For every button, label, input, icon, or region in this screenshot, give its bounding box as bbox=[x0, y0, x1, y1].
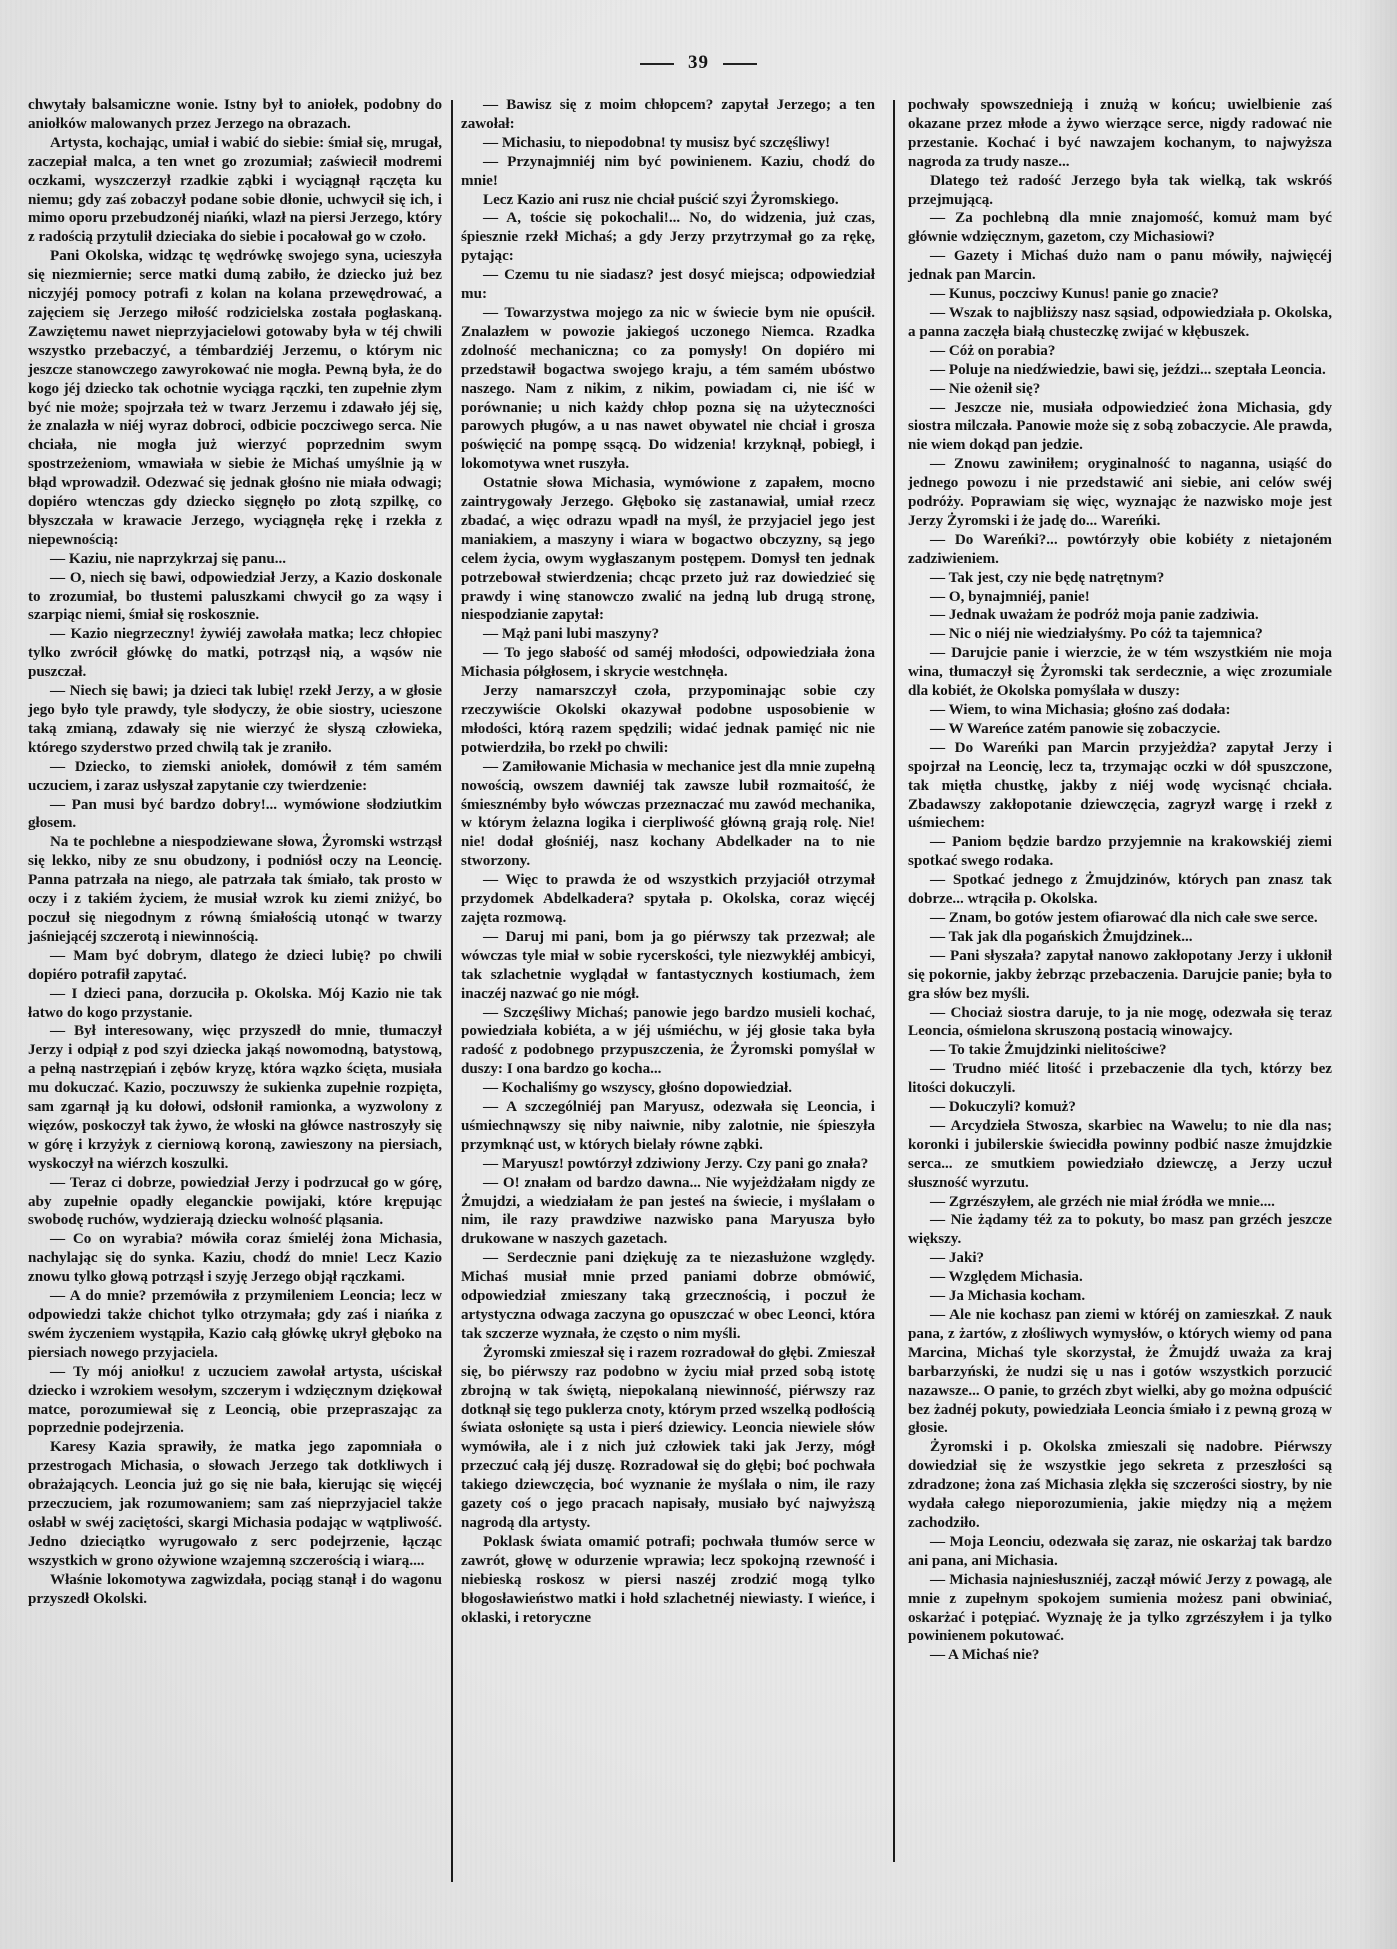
paragraph: — Znowu zawiniłem; oryginalność to nagan… bbox=[908, 455, 1332, 531]
paragraph: — Chociaż siostra daruje, to ja nie mogę… bbox=[908, 1004, 1332, 1042]
paragraph: — Jeszcze nie, musiała odpowiedzieć żona… bbox=[908, 399, 1332, 456]
paragraph: — W Wareńce zatém panowie się zobaczycie… bbox=[908, 720, 1332, 739]
paragraph: — Nie żądamy téż za to pokuty, bo masz p… bbox=[908, 1211, 1332, 1249]
paragraph: — Spotkać jednego z Żmujdzinów, których … bbox=[908, 871, 1332, 909]
paragraph: pochwały spowszednieją i znużą w końcu; … bbox=[908, 96, 1332, 172]
paragraph: — Był interesowany, więc przyszedł do mn… bbox=[28, 1022, 442, 1173]
paragraph: — Co on wyrabia? mówiła coraz śmieléj żo… bbox=[28, 1230, 442, 1287]
paragraph: — Moja Leonciu, odezwała się zaraz, nie … bbox=[908, 1533, 1332, 1571]
paragraph: — Michasia najniesłuszniéj, zaczął mówić… bbox=[908, 1571, 1332, 1647]
paragraph: — Gazety i Michaś dużo nam o panu mówiły… bbox=[908, 247, 1332, 285]
paragraph: — To takie Żmujdzinki nielitościwe? bbox=[908, 1041, 1332, 1060]
text-columns: chwytały balsamiczne wonie. Istny był to… bbox=[28, 96, 1332, 1916]
paragraph: — Zamiłowanie Michasia w mechanice jest … bbox=[461, 758, 875, 871]
paragraph: — Cóż on porabia? bbox=[908, 342, 1332, 361]
paragraph: — Niech się bawi; ja dzieci tak lubię! r… bbox=[28, 682, 442, 758]
paragraph: — Za pochlebną dla mnie znajomość, komuż… bbox=[908, 209, 1332, 247]
paragraph: — O, bynajmniéj, panie! bbox=[908, 588, 1332, 607]
page-number-value: 39 bbox=[688, 52, 709, 73]
paragraph: — Względem Michasia. bbox=[908, 1268, 1332, 1287]
paragraph: — Znam, bo gotów jestem ofiarować dla ni… bbox=[908, 909, 1332, 928]
paragraph: — Darujcie panie i wierzcie, że w tém ws… bbox=[908, 644, 1332, 701]
paragraph: — Dziecko, to ziemski aniołek, domówił z… bbox=[28, 758, 442, 796]
paragraph: chwytały balsamiczne wonie. Istny był to… bbox=[28, 96, 442, 134]
paragraph: — Teraz ci dobrze, powiedział Jerzy i po… bbox=[28, 1174, 442, 1231]
paragraph: — A Michaś nie? bbox=[908, 1646, 1332, 1665]
paragraph: — I dzieci pana, dorzuciła p. Okolska. M… bbox=[28, 985, 442, 1023]
paragraph: — A do mnie? przemówiła z przymileniem L… bbox=[28, 1287, 442, 1363]
column-divider-1 bbox=[451, 100, 453, 1882]
paragraph: — Michasiu, to niepodobna! ty musisz być… bbox=[461, 134, 875, 153]
paragraph: — Wszak to najbliższy nasz sąsiad, odpow… bbox=[908, 304, 1332, 342]
paragraph: — Przynajmniéj nim być powinienem. Kaziu… bbox=[461, 153, 875, 191]
paragraph: — Jaki? bbox=[908, 1249, 1332, 1268]
paragraph: Pani Okolska, widząc tę wędrówkę swojego… bbox=[28, 247, 442, 550]
paragraph: — Nic o niéj nie wiedziałyśmy. Po cóż ta… bbox=[908, 625, 1332, 644]
column-divider-2 bbox=[893, 100, 895, 1862]
paragraph: — Mąż pani lubi maszyny? bbox=[461, 625, 875, 644]
paragraph: Dlatego też radość Jerzego była tak wiel… bbox=[908, 172, 1332, 210]
paragraph: — To jego słabość od saméj młodości, odp… bbox=[461, 644, 875, 682]
paragraph: — A szczególniéj pan Maryusz, odezwała s… bbox=[461, 1098, 875, 1155]
paragraph: — Do Wareńki?... powtórzyły obie kobiéty… bbox=[908, 531, 1332, 569]
page-number-dash-right bbox=[723, 63, 757, 65]
paragraph: — Szczęśliwy Michaś; panowie jego bardzo… bbox=[461, 1004, 875, 1080]
paragraph: Lecz Kazio ani rusz nie chciał puścić sz… bbox=[461, 191, 875, 210]
column-2: — Bawisz się z moim chłopcem? zapytał Je… bbox=[461, 96, 875, 1627]
paragraph: Żyromski zmieszał się i razem rozradował… bbox=[461, 1344, 875, 1533]
paragraph: — A, toście się pokochali!... No, do wid… bbox=[461, 209, 875, 266]
paragraph: — Kaziu, nie naprzykrzaj się panu... bbox=[28, 550, 442, 569]
paragraph: — Ty mój aniołku! z uczuciem zawołał art… bbox=[28, 1363, 442, 1439]
paragraph: — Serdecznie pani dziękuję za te niezasł… bbox=[461, 1249, 875, 1344]
paragraph: — Więc to prawda że od wszystkich przyja… bbox=[461, 871, 875, 928]
paragraph: — Ale nie kochasz pan ziemi w któréj on … bbox=[908, 1306, 1332, 1438]
paragraph: Jerzy namarszczył czoła, przypominając s… bbox=[461, 682, 875, 758]
paragraph: Ostatnie słowa Michasia, wymówione z zap… bbox=[461, 474, 875, 625]
page-number-dash-left bbox=[640, 63, 674, 65]
column-1: chwytały balsamiczne wonie. Istny był to… bbox=[28, 96, 442, 1609]
paragraph: — Daruj mi pani, bom ja go piérwszy tak … bbox=[461, 928, 875, 1004]
paragraph: — Pani słyszała? zapytał nanowo zakłopot… bbox=[908, 947, 1332, 1004]
paragraph: — Nie ożenił się? bbox=[908, 380, 1332, 399]
paragraph: — Jednak uważam że podróż moja panie zad… bbox=[908, 606, 1332, 625]
paragraph: — Dokuczyli? komuż? bbox=[908, 1098, 1332, 1117]
paragraph: — Tak jest, czy nie będę natrętnym? bbox=[908, 569, 1332, 588]
paragraph: — Kochaliśmy go wszyscy, głośno dopowied… bbox=[461, 1079, 875, 1098]
paragraph: — Bawisz się z moim chłopcem? zapytał Je… bbox=[461, 96, 875, 134]
paragraph: — Kazio niegrzeczny! żywiéj zawołała mat… bbox=[28, 625, 442, 682]
paragraph: — Poluje na niedźwiedzie, bawi się, jeźd… bbox=[908, 361, 1332, 380]
paragraph: — Mam być dobrym, dlatego że dzieci lubi… bbox=[28, 947, 442, 985]
paragraph: Artysta, kochając, umiał i wabić do sieb… bbox=[28, 134, 442, 247]
paragraph: — Tak jak dla pogańskich Żmujdzinek... bbox=[908, 928, 1332, 947]
column-3: pochwały spowszednieją i znużą w końcu; … bbox=[908, 96, 1332, 1665]
paragraph: Na te pochlebne a niespodziewane słowa, … bbox=[28, 833, 442, 946]
page-edge-shadow bbox=[1357, 0, 1397, 1949]
paragraph: Poklask świata omamić potrafi; pochwała … bbox=[461, 1533, 875, 1628]
paragraph: — Czemu tu nie siadasz? jest dosyć miejs… bbox=[461, 266, 875, 304]
paragraph: — O! znałam od bardzo dawna... Nie wyjeż… bbox=[461, 1174, 875, 1250]
paragraph: — Ja Michasia kocham. bbox=[908, 1287, 1332, 1306]
paragraph: — Towarzystwa mojego za nic w świecie by… bbox=[461, 304, 875, 474]
paragraph: — Kunus, poczciwy Kunus! panie go znacie… bbox=[908, 285, 1332, 304]
paragraph: — Arcydzieła Stwosza, skarbiec na Wawelu… bbox=[908, 1117, 1332, 1193]
paragraph: Karesy Kazia sprawiły, że matka jego zap… bbox=[28, 1438, 442, 1570]
paragraph: — Do Wareńki pan Marcin przyjeżdża? zapy… bbox=[908, 739, 1332, 834]
paragraph: — Maryusz! powtórzył zdziwiony Jerzy. Cz… bbox=[461, 1155, 875, 1174]
paragraph: Żyromski i p. Okolska zmieszali się nado… bbox=[908, 1438, 1332, 1533]
paragraph: — O, niech się bawi, odpowiedział Jerzy,… bbox=[28, 569, 442, 626]
paragraph: — Wiem, to wina Michasia; głośno zaś dod… bbox=[908, 701, 1332, 720]
page-number: 39 bbox=[0, 52, 1397, 74]
paragraph: — Paniom będzie bardzo przyjemnie na kra… bbox=[908, 833, 1332, 871]
paragraph: — Trudno miéć litość i przebaczenie dla … bbox=[908, 1060, 1332, 1098]
paragraph: Właśnie lokomotywa zagwizdała, pociąg st… bbox=[28, 1571, 442, 1609]
paragraph: — Zgrzészyłem, ale grzéch nie miał źródł… bbox=[908, 1193, 1332, 1212]
paragraph: — Pan musi być bardzo dobry!... wymówion… bbox=[28, 796, 442, 834]
